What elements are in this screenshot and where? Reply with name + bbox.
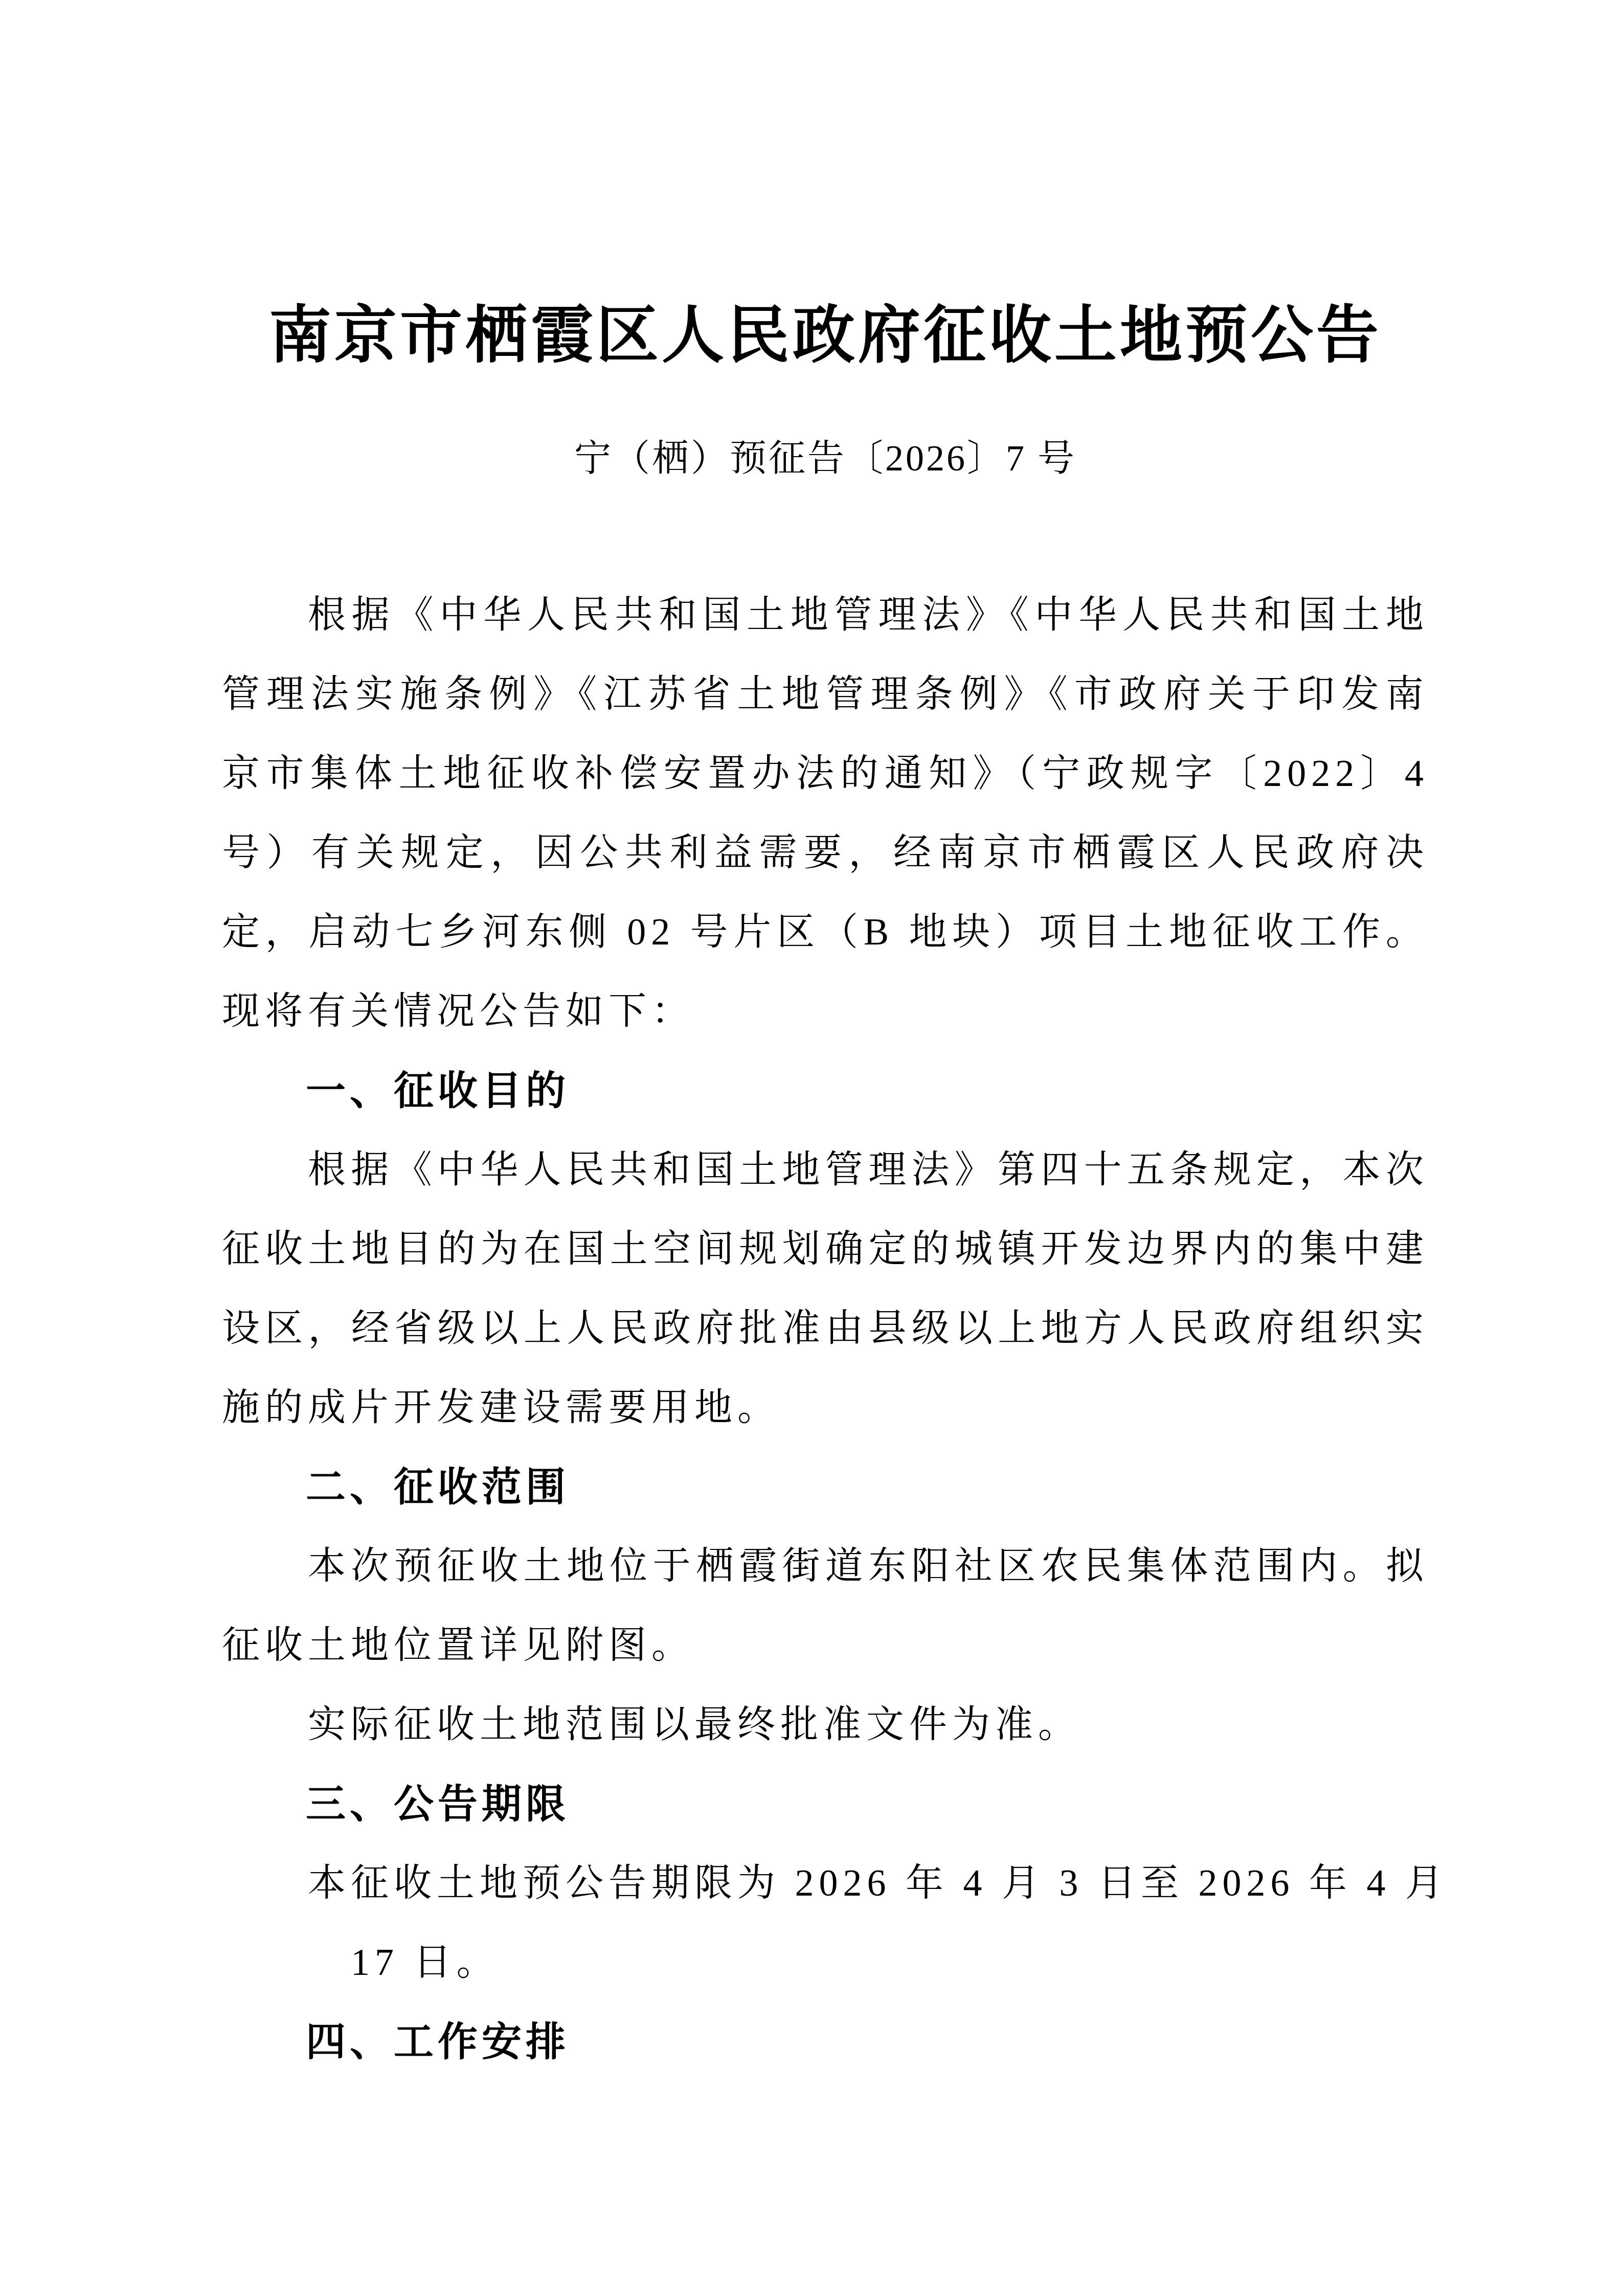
document-page: 南京市栖霞区人民政府征收土地预公告 宁（栖）预征告〔2026〕7 号 根据《中华…: [0, 0, 1623, 2296]
paragraph-announcement-period: 本征收土地预公告期限为 2026 年 4 月 3 日至 2026 年 4 月: [222, 1844, 1429, 1923]
heading-section-4-work-plan: 四、工作安排: [222, 2002, 1429, 2082]
paragraph-scope-final: 实际征收土地范围以最终批准文件为准。: [222, 1685, 1429, 1765]
document-title: 南京市栖霞区人民政府征收土地预公告: [222, 298, 1429, 374]
heading-section-3-period: 三、公告期限: [222, 1765, 1429, 1844]
paragraph-purpose: 根据《中华人民共和国土地管理法》第四十五条规定，本次征收土地目的为在国土空间规划…: [222, 1131, 1429, 1448]
document-number: 宁（栖）预征告〔2026〕7 号: [222, 435, 1429, 481]
heading-section-2-scope: 二、征收范围: [222, 1448, 1429, 1527]
document-body: 根据《中华人民共和国土地管理法》《中华人民共和国土地管理法实施条例》《江苏省土地…: [222, 576, 1429, 2082]
document-content: 南京市栖霞区人民政府征收土地预公告 宁（栖）预征告〔2026〕7 号 根据《中华…: [0, 0, 1623, 2082]
heading-section-1-purpose: 一、征收目的: [222, 1051, 1429, 1131]
paragraph-legal-basis: 根据《中华人民共和国土地管理法》《中华人民共和国土地管理法实施条例》《江苏省土地…: [222, 576, 1429, 1051]
paragraph-scope-location: 本次预征收土地位于栖霞街道东阳社区农民集体范围内。拟征收土地位置详见附图。: [222, 1527, 1429, 1685]
paragraph-period-continuation: 17 日。: [222, 1923, 1429, 2002]
